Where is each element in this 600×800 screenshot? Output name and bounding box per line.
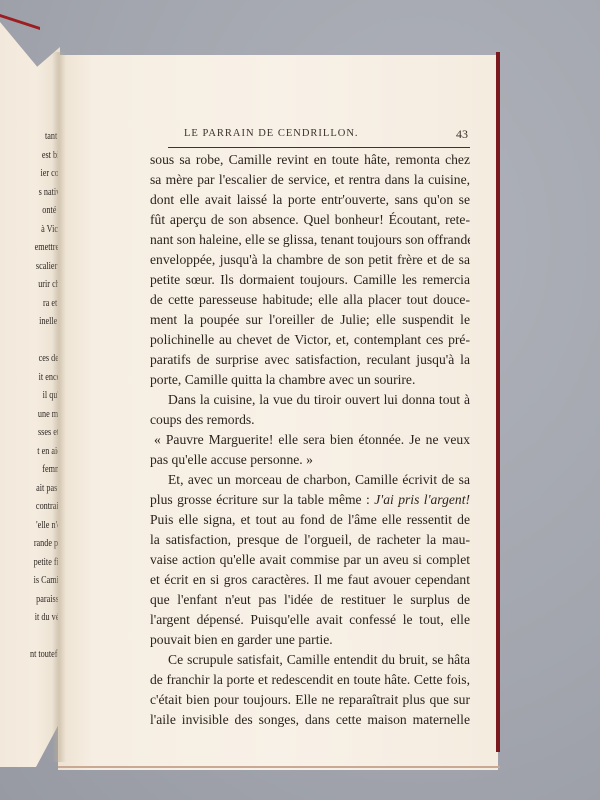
text-line: sa mère par l'escalier de service, et re… (150, 170, 470, 190)
text-line: petite sœur. Ils dormaient toujours. Cam… (150, 270, 470, 290)
text-line: Puis elle signa, et tout au fond de l'âm… (150, 510, 470, 530)
text-line: vaise action qu'elle avait commise par u… (150, 550, 470, 570)
running-head: LE PARRAIN DE CENDRILLON. 43 (172, 128, 470, 146)
body-text: sous sa robe, Camille revint en toute hâ… (150, 150, 470, 730)
text-line: sous sa robe, Camille revint en toute hâ… (150, 150, 470, 170)
text-line: plus grosse écriture sur la table même :… (150, 490, 470, 510)
text-line: fût aperçu de son absence. Quel bonheur!… (150, 210, 470, 230)
text-line: et écrit en si gros caractères. Il me fa… (150, 570, 470, 590)
text-line: la satisfaction, presque de l'orgueil, d… (150, 530, 470, 550)
head-rule (168, 147, 470, 148)
text-line: dont elle avait laissé la porte entr'ouv… (150, 190, 470, 210)
text-line: pouvait bien en garder une partie. (150, 630, 470, 650)
page-number: 43 (456, 127, 468, 142)
text-line: de franchir la porte et redescendit en t… (150, 670, 470, 690)
text-line: que l'enfant n'eut pas l'idée de restitu… (150, 590, 470, 610)
text-line: l'aile invisible des songes, dans cette … (150, 710, 470, 730)
running-head-title: LE PARRAIN DE CENDRILLON. (184, 128, 359, 139)
text-line: de cette paresseuse habitude; elle alla … (150, 290, 470, 310)
italic-phrase: J'ai pris l'argent! (374, 492, 470, 507)
text-line: porte, Camille quitta la chambre avec un… (150, 370, 470, 390)
text-line: paratifs de surprise avec satisfaction, … (150, 350, 470, 370)
text-line: Et, avec un morceau de charbon, Camille … (150, 470, 470, 490)
book-cover-red-edge (496, 52, 500, 752)
text-line: Ce scrupule satisfait, Camille entendit … (150, 650, 470, 670)
text-line: polichinelle au chevet de Victor, et, co… (150, 330, 470, 350)
text-line: pas qu'elle accuse personne. » (150, 450, 470, 470)
text-line: enveloppée, jusqu'à la chambre de son pe… (150, 250, 470, 270)
text-line: Dans la cuisine, la vue du tiroir ouvert… (150, 390, 470, 410)
text-line: « Pauvre Marguerite! elle sera bien éton… (150, 430, 470, 450)
text-line: coups des remords. (150, 410, 470, 430)
text-line: nant son haleine, elle se glissa, tenant… (150, 230, 470, 250)
text-line: ment la poupée sur l'oreiller de Julie; … (150, 310, 470, 330)
text-line: l'argent dépensé. Puisqu'elle avait conf… (150, 610, 470, 630)
book-gutter (52, 52, 66, 762)
text-line: c'était bien pour toujours. Elle ne repa… (150, 690, 470, 710)
page-bottom-edge (58, 766, 500, 768)
